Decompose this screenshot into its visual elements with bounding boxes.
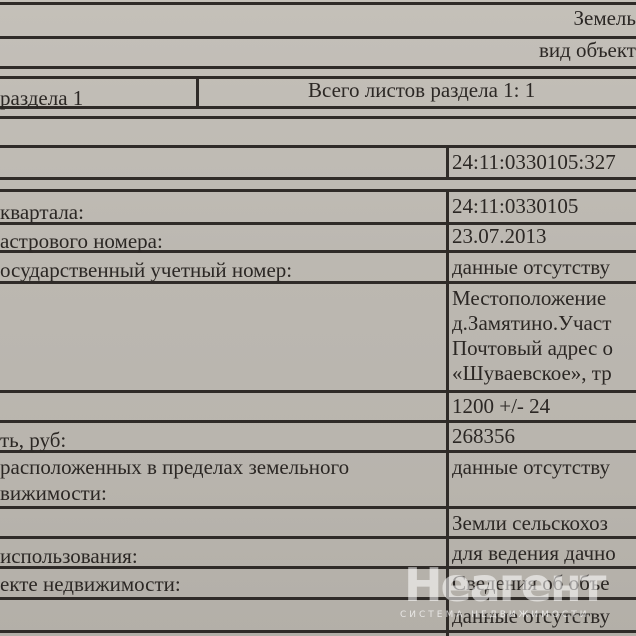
cadastral-quarter: 24:11:0330105 — [452, 194, 578, 218]
rule — [0, 390, 636, 393]
section-label: раздела 1 — [0, 86, 83, 110]
rule — [0, 536, 636, 539]
row-label: астрового номера: — [0, 229, 163, 253]
rule — [0, 2, 636, 5]
cadastral-number: 24:11:0330105:327 — [452, 150, 616, 174]
address-line: «Шуваевское», тр — [452, 361, 612, 385]
rule — [0, 506, 636, 509]
rule — [0, 106, 636, 109]
section-sheet-count: Всего листов раздела 1: 1 — [308, 78, 535, 102]
rule — [0, 145, 636, 148]
column-divider — [446, 189, 449, 636]
column-divider — [446, 145, 449, 180]
assignment-date: 23.07.2013 — [452, 224, 547, 248]
address-line: Почтовый адрес о — [452, 336, 613, 360]
row-label: екте недвижимости: — [0, 572, 181, 596]
land-category: Земли сельскохоз — [452, 511, 608, 535]
area-value: 1200 +/- 24 — [452, 394, 550, 418]
rule — [0, 420, 636, 423]
rule — [0, 177, 636, 180]
row-label: вижимости: — [0, 481, 107, 505]
row-label: использования: — [0, 544, 138, 568]
cadastral-value: 268356 — [452, 424, 515, 448]
rule — [0, 597, 636, 600]
permitted-use: для ведения дачно — [452, 541, 616, 565]
special-notes: данные отсутству — [452, 604, 610, 628]
object-status: Сведения об объе — [452, 571, 610, 595]
address-line: Местоположение — [452, 286, 606, 310]
previous-number: данные отсутству — [452, 255, 610, 279]
rule — [0, 116, 636, 119]
document-title: Земель — [573, 6, 636, 30]
document-page: Земель вид объект раздела 1 Всего листов… — [0, 0, 636, 636]
rule — [0, 630, 636, 633]
row-label: расположенных в пределах земельного — [0, 455, 349, 479]
row-label: ть, руб: — [0, 428, 66, 452]
row-label: осударственный учетный номер: — [0, 258, 292, 282]
row-label: квартала: — [0, 200, 84, 224]
objects-within: данные отсутству — [452, 455, 610, 479]
column-divider — [196, 76, 199, 109]
rule — [0, 66, 636, 69]
rule — [0, 450, 636, 453]
document-subtitle: вид объект — [539, 38, 636, 62]
rule — [0, 189, 636, 192]
address-line: д.Замятино.Участ — [452, 311, 611, 335]
